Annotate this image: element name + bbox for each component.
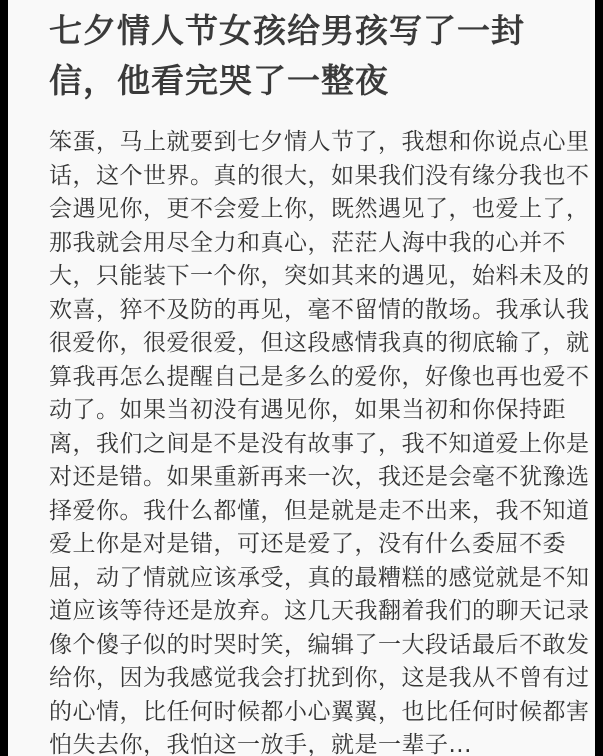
- body-line: 动了。如果当初没有遇见你，如果当初和你保持距: [49, 394, 569, 428]
- article-page: 七夕情人节女孩给男孩写了一封 信，他看完哭了一整夜 笨蛋，马上就要到七夕情人节了…: [8, 0, 595, 756]
- body-line: 算我再怎么提醒自己是多么的爱你，好像也再也爱不: [49, 361, 569, 395]
- body-line: 笨蛋，马上就要到七夕情人节了，我想和你说点心里: [49, 126, 569, 160]
- article-title: 七夕情人节女孩给男孩写了一封 信，他看完哭了一整夜: [49, 6, 569, 106]
- body-line: 的心情，比任何时候都小心翼翼，也比任何时候都害: [49, 696, 569, 730]
- body-line: 像个傻子似的时哭时笑，编辑了一大段话最后不敢发: [49, 629, 569, 663]
- body-line: 择爱你。我什么都懂，但是就是走不出来，我不知道: [49, 495, 569, 529]
- body-line: 会遇见你，更不会爱上你，既然遇见了，也爱上了，: [49, 193, 569, 227]
- body-line: 大，只能装下一个你，突如其来的遇见，始料未及的: [49, 260, 569, 294]
- body-line: 道应该等待还是放弃。这几天我翻着我们的聊天记录: [49, 595, 569, 629]
- body-line: 爱上你是对是错，可还是爱了，没有什么委屈不委: [49, 528, 569, 562]
- body-line: 那我就会用尽全力和真心，茫茫人海中我的心并不: [49, 227, 569, 261]
- body-line: 屈，动了情就应该承受，真的最糟糕的感觉就是不知: [49, 562, 569, 596]
- body-line: 欢喜，猝不及防的再见，毫不留情的散场。我承认我: [49, 294, 569, 328]
- body-line: 话，这个世界。真的很大，如果我们没有缘分我也不: [49, 160, 569, 194]
- body-line: 很爱你，很爱很爱，但这段感情我真的彻底输了，就: [49, 327, 569, 361]
- body-line: 离，我们之间是不是没有故事了，我不知道爱上你是: [49, 428, 569, 462]
- body-line: 给你，因为我感觉我会打扰到你，这是我从不曾有过: [49, 662, 569, 696]
- title-line: 信，他看完哭了一整夜: [49, 56, 569, 106]
- title-line: 七夕情人节女孩给男孩写了一封: [49, 6, 569, 56]
- body-line: 怕失去你，我怕这一放手，就是一辈子...: [49, 729, 569, 756]
- body-line: 对还是错。如果重新再来一次，我还是会毫不犹豫选: [49, 461, 569, 495]
- article-body: 笨蛋，马上就要到七夕情人节了，我想和你说点心里 话，这个世界。真的很大，如果我们…: [49, 126, 569, 756]
